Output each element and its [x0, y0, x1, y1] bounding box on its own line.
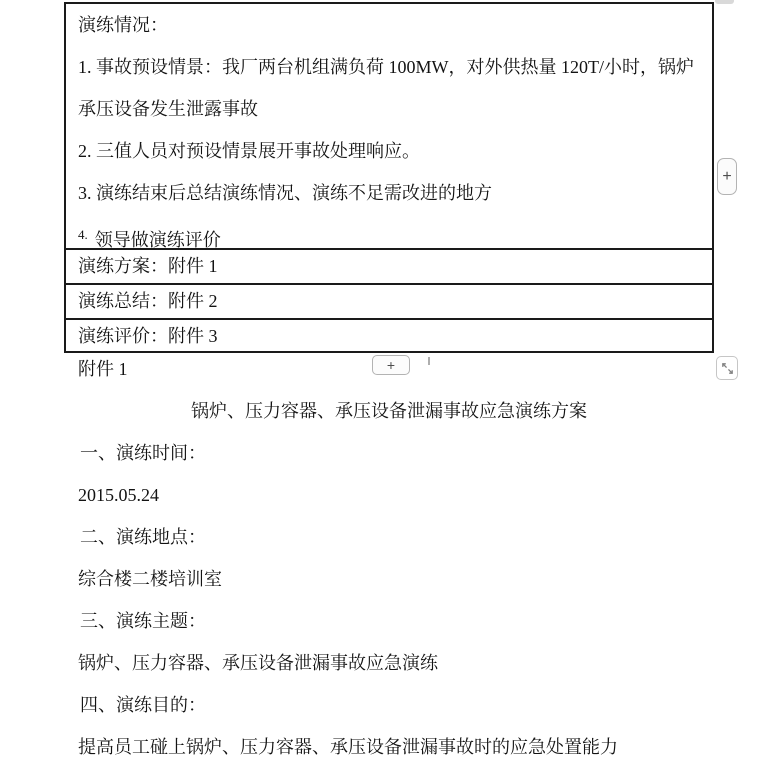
drill-situation-line-2: 2. 三值人员对预设情景展开事故处理响应。: [78, 130, 700, 172]
evaluation-row-value: 附件 3: [168, 326, 218, 346]
resize-diagonal-icon: [720, 361, 735, 376]
section-1-heading: 一、演练时间：: [64, 432, 714, 474]
drill-situation-line-1-cont: 承压设备发生泄露事故: [78, 88, 700, 130]
evaluation-row-label: 演练评价：: [78, 326, 168, 346]
drill-situation-label: 演练情况：: [78, 4, 700, 46]
section-3-heading: 三、演练主题：: [64, 600, 714, 642]
drill-situation-line-4: 4.领导做演练评价: [78, 214, 700, 250]
item4-text: 领导做演练评价: [95, 230, 221, 250]
summary-row-label: 演练总结：: [78, 291, 168, 311]
plan-row-label: 演练方案：: [78, 256, 168, 276]
drill-situation-line-3: 3. 演练结束后总结演练情况、演练不足需改进的地方: [78, 172, 700, 214]
section-2-body: 综合楼二楼培训室: [64, 558, 714, 600]
add-column-button[interactable]: +: [717, 158, 737, 195]
plan-row-value: 附件 1: [168, 256, 218, 276]
drill-situation-cell[interactable]: 演练情况： 1. 事故预设情景：我厂两台机组满负荷 100MW，对外供热量 12…: [66, 4, 712, 250]
attachment-document[interactable]: 附件 1 锅炉、压力容器、承压设备泄漏事故应急演练方案 一、演练时间： 2015…: [64, 348, 714, 760]
table-row-plan[interactable]: 演练方案：附件 1: [66, 250, 712, 285]
section-1-body: 2015.05.24: [64, 474, 714, 516]
drill-situation-line-1: 1. 事故预设情景：我厂两台机组满负荷 100MW，对外供热量 120T/小时，…: [78, 46, 700, 88]
clipped-control-fragment: [715, 0, 734, 4]
table-row-evaluation[interactable]: 演练评价：附件 3: [66, 320, 712, 351]
item4-superscript-marker: 4.: [78, 227, 88, 242]
attachment-label: 附件 1: [64, 348, 714, 390]
section-3-body: 锅炉、压力容器、承压设备泄漏事故应急演练: [64, 642, 714, 684]
drill-record-table: 演练情况： 1. 事故预设情景：我厂两台机组满负荷 100MW，对外供热量 12…: [64, 2, 714, 353]
section-2-heading: 二、演练地点：: [64, 516, 714, 558]
section-4-body: 提高员工碰上锅炉、压力容器、承压设备泄漏事故时的应急处置能力: [64, 726, 714, 760]
section-4-heading: 四、演练目的：: [64, 684, 714, 726]
summary-row-value: 附件 2: [168, 291, 218, 311]
table-resize-handle[interactable]: [716, 356, 738, 380]
attachment-title: 锅炉、压力容器、承压设备泄漏事故应急演练方案: [64, 390, 714, 432]
table-row-summary[interactable]: 演练总结：附件 2: [66, 285, 712, 320]
